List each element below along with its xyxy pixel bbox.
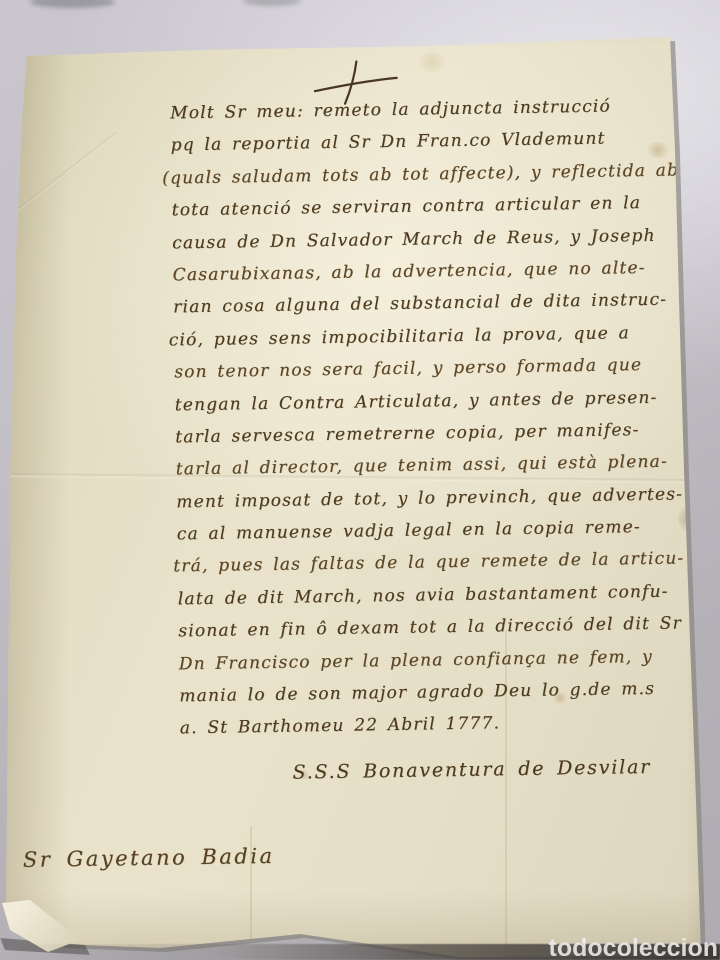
- signature: S.S.S Bonaventura de Desvilar: [292, 756, 651, 784]
- letter-paper: Molt Sr meu: remeto la adjuncta instrucc…: [0, 0, 720, 960]
- letter-content: Molt Sr meu: remeto la adjuncta instrucc…: [0, 0, 720, 960]
- letter-body: Molt Sr meu: remeto la adjuncta instrucc…: [170, 89, 696, 745]
- addressee: Sr Gayetano Badia: [23, 844, 275, 872]
- photo-of-letter: Molt Sr meu: remeto la adjuncta instrucc…: [0, 0, 720, 960]
- letter-line: a. St Barthomeu 22 Abril 1777.: [180, 705, 696, 745]
- todocoleccion-watermark: todocoleccion: [549, 934, 718, 960]
